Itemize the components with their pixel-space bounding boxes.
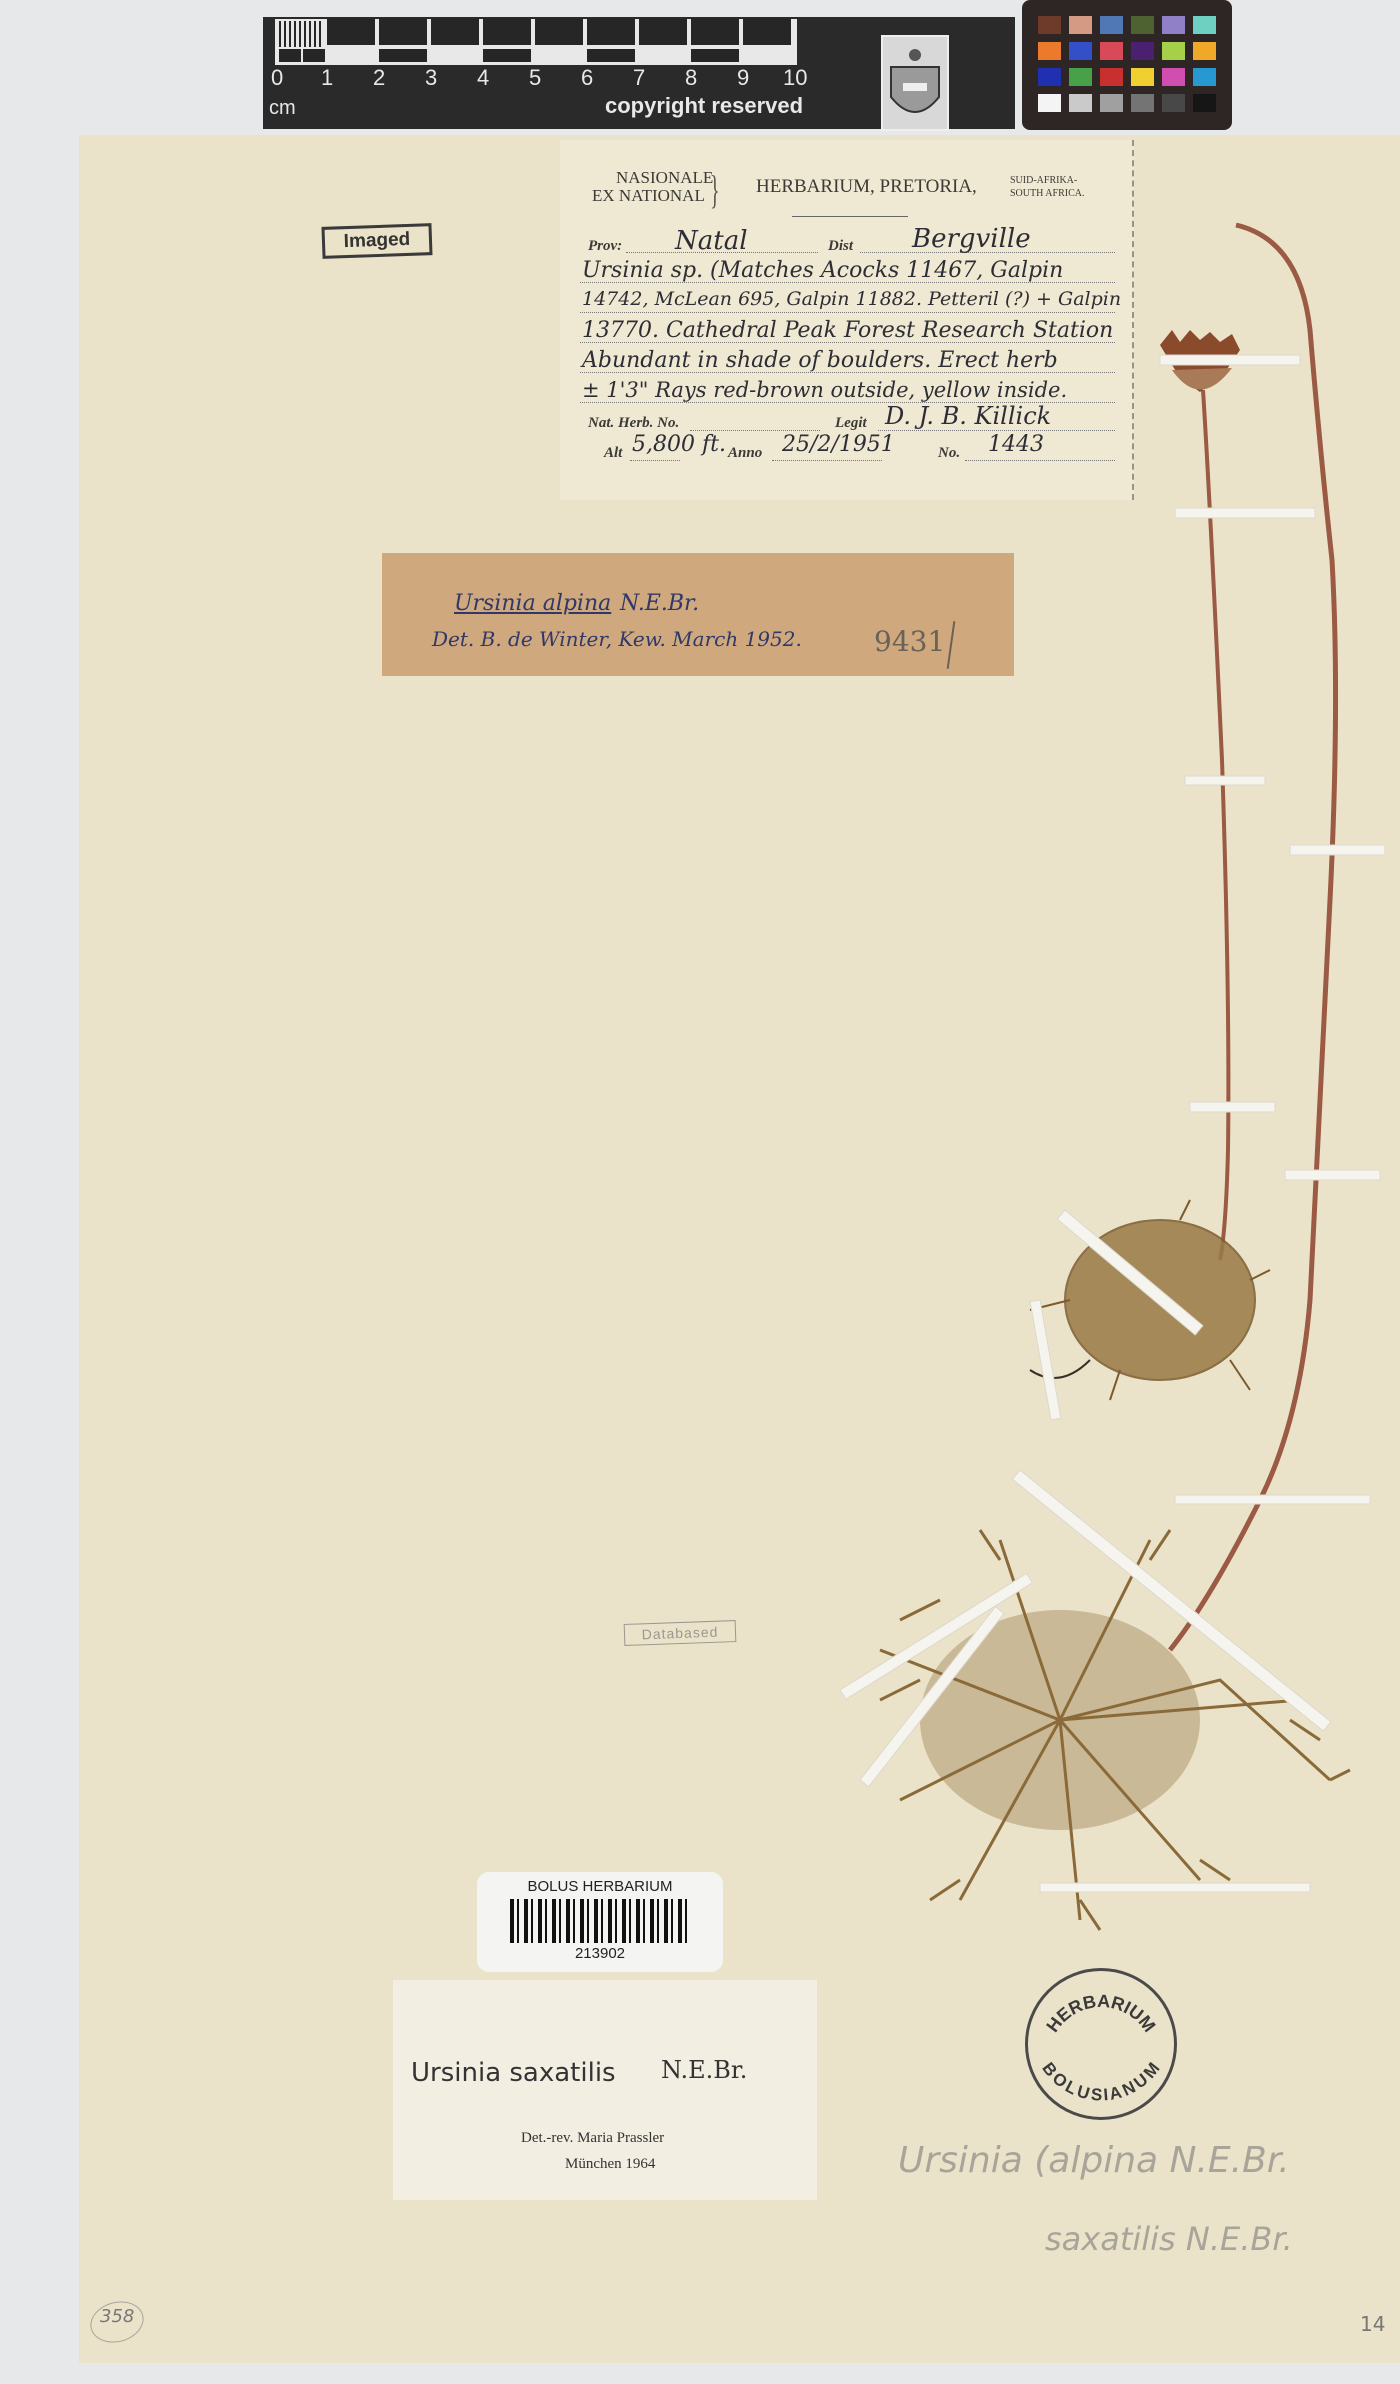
herbarium-bolusianum-stamp: HERBARIUM BOLUSIANUM xyxy=(1025,1968,1177,2120)
barcode-title: BOLUS HERBARIUM xyxy=(477,1878,723,1895)
barcode-number: 213902 xyxy=(477,1945,723,1962)
det-rev-taxon: Ursinia saxatilis xyxy=(411,2058,616,2088)
stamp-text-bottom: BOLUSIANUM xyxy=(1038,2059,1163,2105)
databased-stamp: Databased xyxy=(624,1620,737,1646)
svg-text:BOLUSIANUM: BOLUSIANUM xyxy=(1038,2059,1163,2105)
stamp-text-top: HERBARIUM xyxy=(1042,1991,1159,2036)
barcode-icon xyxy=(510,1899,690,1943)
foliage-upper xyxy=(1030,1200,1270,1400)
pencil-corner-right: 14 xyxy=(1360,2312,1385,2336)
pencil-note-line-1: Ursinia (alpina N.E.Br. xyxy=(898,2140,1290,2181)
det-rev-place-year: München 1964 xyxy=(565,2156,655,2173)
foliage-lower xyxy=(880,1530,1350,1930)
det-rev-author: N.E.Br. xyxy=(661,2056,747,2084)
det-rev-label: Ursinia saxatilis N.E.Br. Det.-rev. Mari… xyxy=(393,1980,817,2200)
pencil-corner-left: 358 xyxy=(100,2306,134,2327)
det-rev-determiner: Det.-rev. Maria Prassler xyxy=(521,2130,664,2147)
barcode-label: BOLUS HERBARIUM 213902 xyxy=(477,1872,723,1972)
svg-text:HERBARIUM: HERBARIUM xyxy=(1042,1991,1159,2036)
pencil-note-line-2: saxatilis N.E.Br. xyxy=(1045,2220,1293,2258)
